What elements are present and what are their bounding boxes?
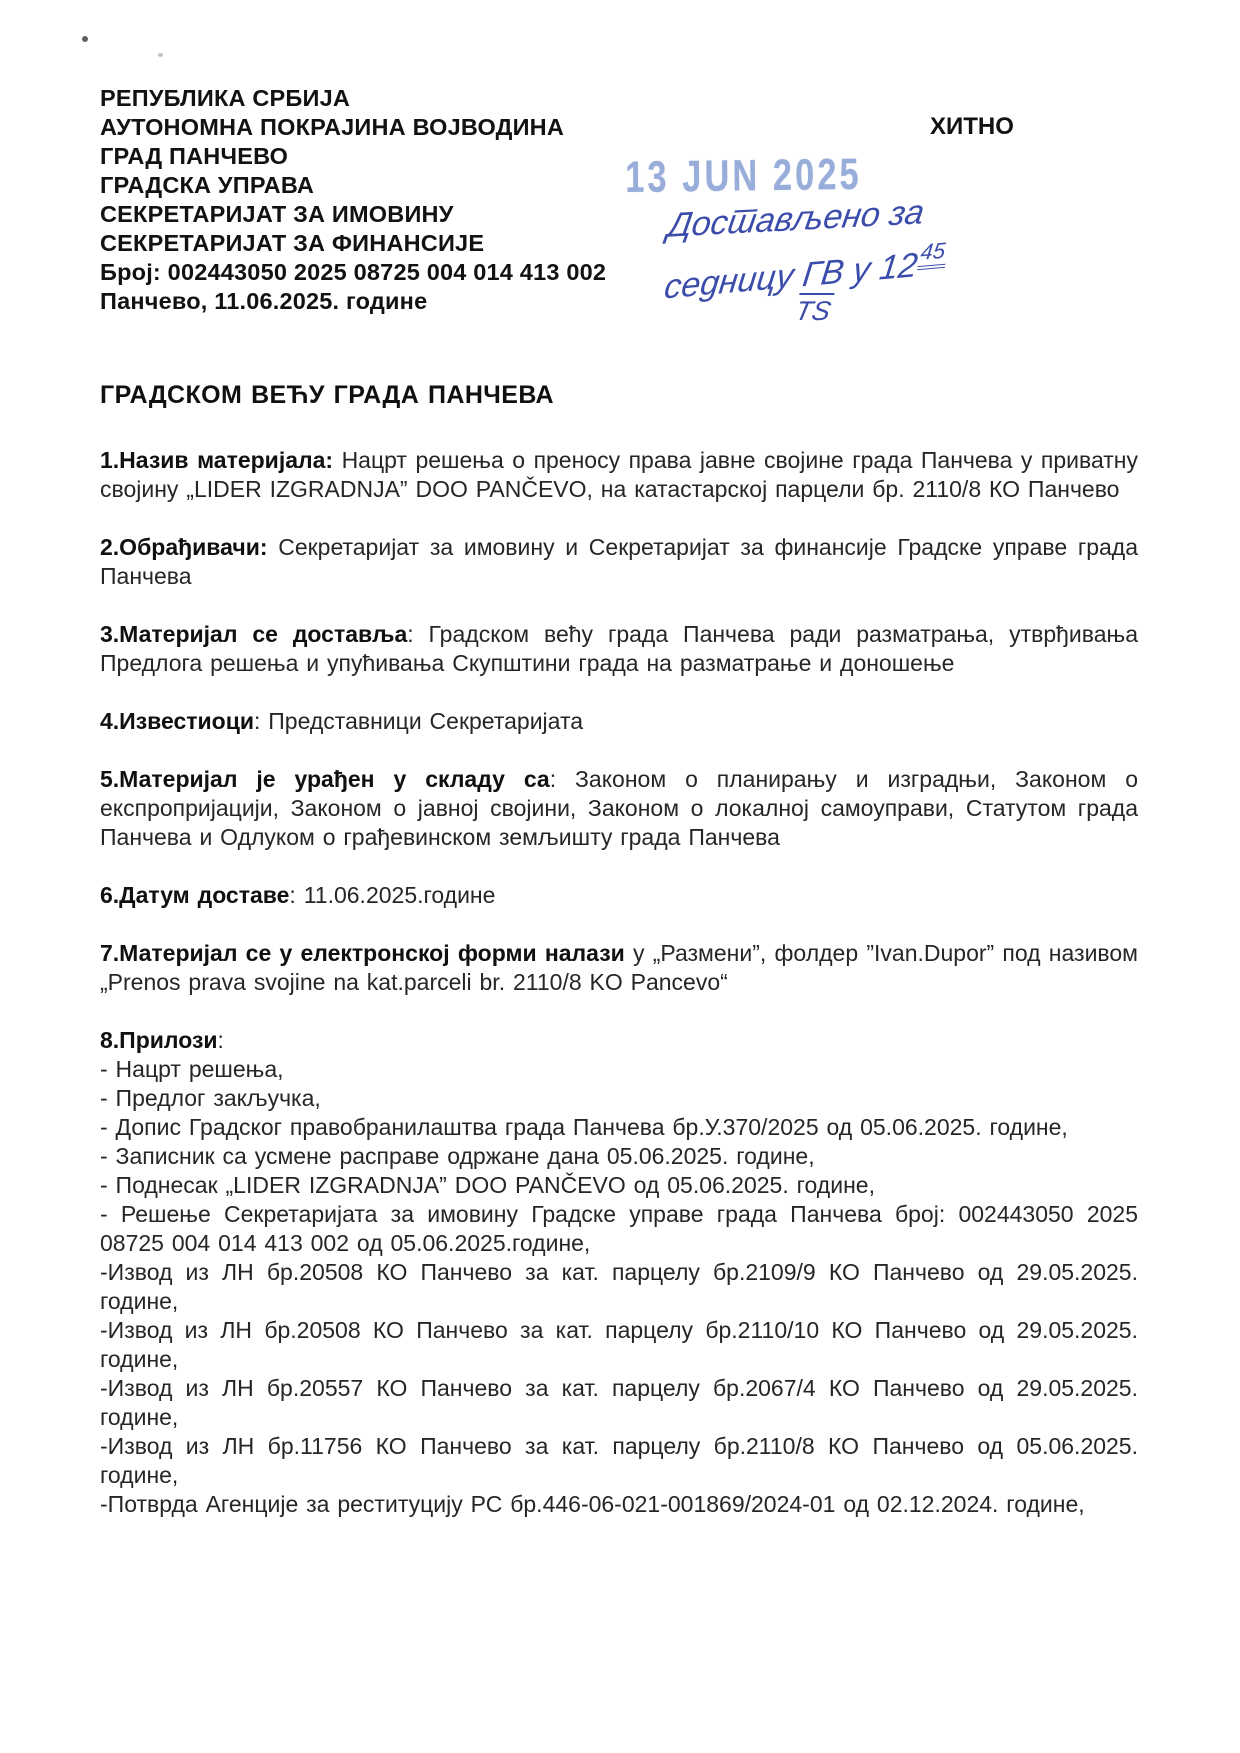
section-delivered-to: 3.Материјал се доставља: Градском већу г… bbox=[100, 620, 1138, 678]
sender-line-place-date: Панчево, 11.06.2025. године bbox=[100, 287, 606, 316]
section-electronic-location: 7.Материјал се у електронској форми нала… bbox=[100, 939, 1138, 997]
section-text: : bbox=[218, 1027, 224, 1053]
document-body: ГРАДСКОМ ВЕЋУ ГРАДА ПАНЧЕВА 1.Назив мате… bbox=[100, 380, 1138, 1519]
section-rapporteurs: 4.Известиоци: Представници Секретаријата bbox=[100, 707, 1138, 736]
section-material-name: 1.Назив материјала: Нацрт решења о прено… bbox=[100, 446, 1138, 504]
section-attachments-heading: 8.Прилози: bbox=[100, 1026, 1138, 1055]
attachments-list: - Нацрт решења, - Предлог закључка, - До… bbox=[100, 1055, 1138, 1519]
sender-line-country: РЕПУБЛИКА СРБИЈА bbox=[100, 84, 606, 113]
attachment-item: -Извод из ЛН бр.20508 КО Панчево за кат.… bbox=[100, 1258, 1138, 1316]
section-label: 8.Прилози bbox=[100, 1027, 218, 1053]
attachment-item: - Предлог закључка, bbox=[100, 1084, 1138, 1113]
sender-line-secretariat-property: СЕКРЕТАРИЈАТ ЗА ИМОВИНУ bbox=[100, 200, 606, 229]
section-label: 1.Назив материјала: bbox=[100, 447, 333, 473]
scan-speck bbox=[82, 36, 88, 42]
section-label: 6.Датум доставе bbox=[100, 882, 289, 908]
sender-line-province: АУТОНОМНА ПОКРАЈИНА ВОЈВОДИНА bbox=[100, 113, 606, 142]
section-text: : Представници Секретаријата bbox=[254, 708, 583, 734]
section-label: 7.Материјал се у електронској форми нала… bbox=[100, 940, 625, 966]
attachment-item: -Извод из ЛН бр.11756 КО Панчево за кат.… bbox=[100, 1432, 1138, 1490]
attachment-item: - Допис Градског правобранилаштва града … bbox=[100, 1113, 1138, 1142]
sender-line-admin: ГРАДСКА УПРАВА bbox=[100, 171, 606, 200]
sender-block: РЕПУБЛИКА СРБИЈА АУТОНОМНА ПОКРАЈИНА ВОЈ… bbox=[100, 84, 606, 316]
handwritten-initials: ТS bbox=[792, 293, 834, 327]
handwritten-time-superscript: 45 bbox=[917, 239, 949, 270]
sender-line-case-number: Број: 002443050 2025 08725 004 014 413 0… bbox=[100, 258, 606, 287]
section-label: 2.Обрађивачи: bbox=[100, 534, 268, 560]
attachment-item: - Поднесак „LIDER IZGRADNJA” DOO PANČEVO… bbox=[100, 1171, 1138, 1200]
section-label: 3.Материјал се доставља bbox=[100, 621, 407, 647]
attachment-item: -Потврда Агенције за реституцију РС бр.4… bbox=[100, 1490, 1138, 1519]
section-legal-basis: 5.Материјал је урађен у складу са: Закон… bbox=[100, 765, 1138, 852]
section-label: 5.Материјал је урађен у складу са bbox=[100, 766, 550, 792]
recipient-title: ГРАДСКОМ ВЕЋУ ГРАДА ПАНЧЕВА bbox=[100, 380, 1138, 410]
section-preparers: 2.Обрађивачи: Секретаријат за имовину и … bbox=[100, 533, 1138, 591]
urgent-label: ХИТНО bbox=[930, 113, 1014, 141]
section-delivery-date: 6.Датум доставе: 11.06.2025.године bbox=[100, 881, 1138, 910]
attachment-item: - Нацрт решења, bbox=[100, 1055, 1138, 1084]
section-text: : 11.06.2025.године bbox=[289, 882, 495, 908]
attachment-item: -Извод из ЛН бр.20557 КО Панчево за кат.… bbox=[100, 1374, 1138, 1432]
sender-line-city: ГРАД ПАНЧЕВО bbox=[100, 142, 606, 171]
date-received-stamp: 13 JUN 2025 bbox=[625, 150, 862, 203]
handwritten-note-text: седницу ГВ у 12 bbox=[662, 246, 919, 307]
attachment-item: - Решење Секретаријата за имовину Градск… bbox=[100, 1200, 1138, 1258]
attachment-item: - Записник са усмене расправе одржане да… bbox=[100, 1142, 1138, 1171]
section-label: 4.Известиоци bbox=[100, 708, 254, 734]
scanned-document-page: РЕПУБЛИКА СРБИЈА АУТОНОМНА ПОКРАЈИНА ВОЈ… bbox=[0, 0, 1240, 1753]
sender-line-secretariat-finance: СЕКРЕТАРИЈАТ ЗА ФИНАНСИЈЕ bbox=[100, 229, 606, 258]
scan-speck bbox=[158, 53, 163, 57]
attachment-item: -Извод из ЛН бр.20508 КО Панчево за кат.… bbox=[100, 1316, 1138, 1374]
